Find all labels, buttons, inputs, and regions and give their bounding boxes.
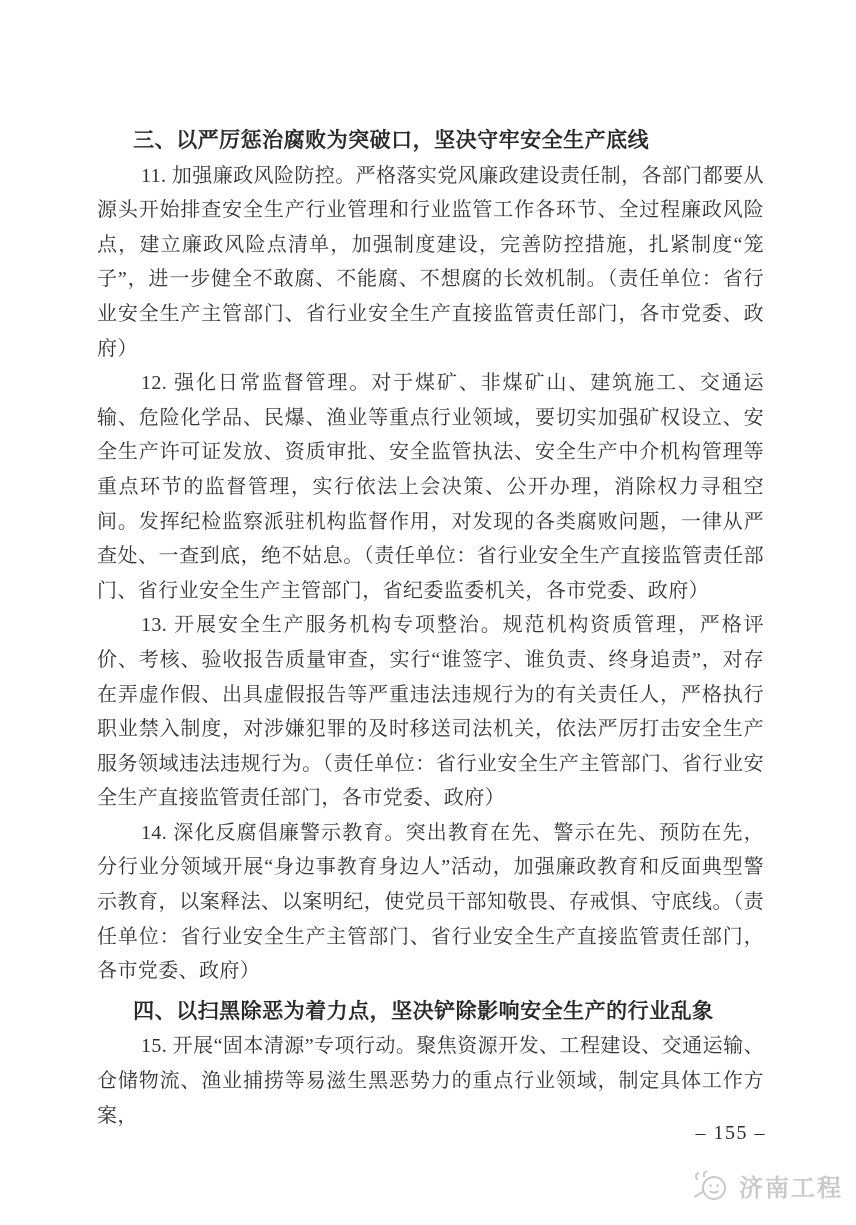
watermark-text: 济南工程 xyxy=(739,1168,843,1203)
jinan-gongcheng-mascot-icon xyxy=(690,1169,732,1203)
page-number: – 155 – xyxy=(696,1122,767,1145)
paragraph-item-13: 13. 开展安全生产服务机构专项整治。规范机构资质管理，严格评价、考核、验收报告… xyxy=(97,608,764,816)
section-heading-four: 四、以扫黑除恶为着力点，坚决铲除影响安全生产的行业乱象 xyxy=(97,995,764,1030)
section-heading-three: 三、以严厉惩治腐败为突破口，坚决守牢安全生产底线 xyxy=(97,124,764,159)
paragraph-item-14: 14. 深化反腐倡廉警示教育。突出教育在先、警示在先、预防在先，分行业分领域开展… xyxy=(97,816,764,989)
paragraph-item-15: 15. 开展“固本清源”专项行动。聚焦资源开发、工程建设、交通运输、仓储物流、渔… xyxy=(97,1029,764,1133)
paragraph-item-11: 11. 加强廉政风险防控。严格落实党风廉政建设责任制，各部门都要从源头开始排查安… xyxy=(97,159,764,367)
watermark: 济南工程 xyxy=(690,1168,843,1203)
paragraph-item-12: 12. 强化日常监督管理。对于煤矿、非煤矿山、建筑施工、交通运输、危险化学品、民… xyxy=(97,366,764,608)
document-page: 三、以严厉惩治腐败为突破口，坚决守牢安全生产底线 11. 加强廉政风险防控。严格… xyxy=(0,0,856,1225)
document-body: 三、以严厉惩治腐败为突破口，坚决守牢安全生产底线 11. 加强廉政风险防控。严格… xyxy=(97,124,764,1133)
